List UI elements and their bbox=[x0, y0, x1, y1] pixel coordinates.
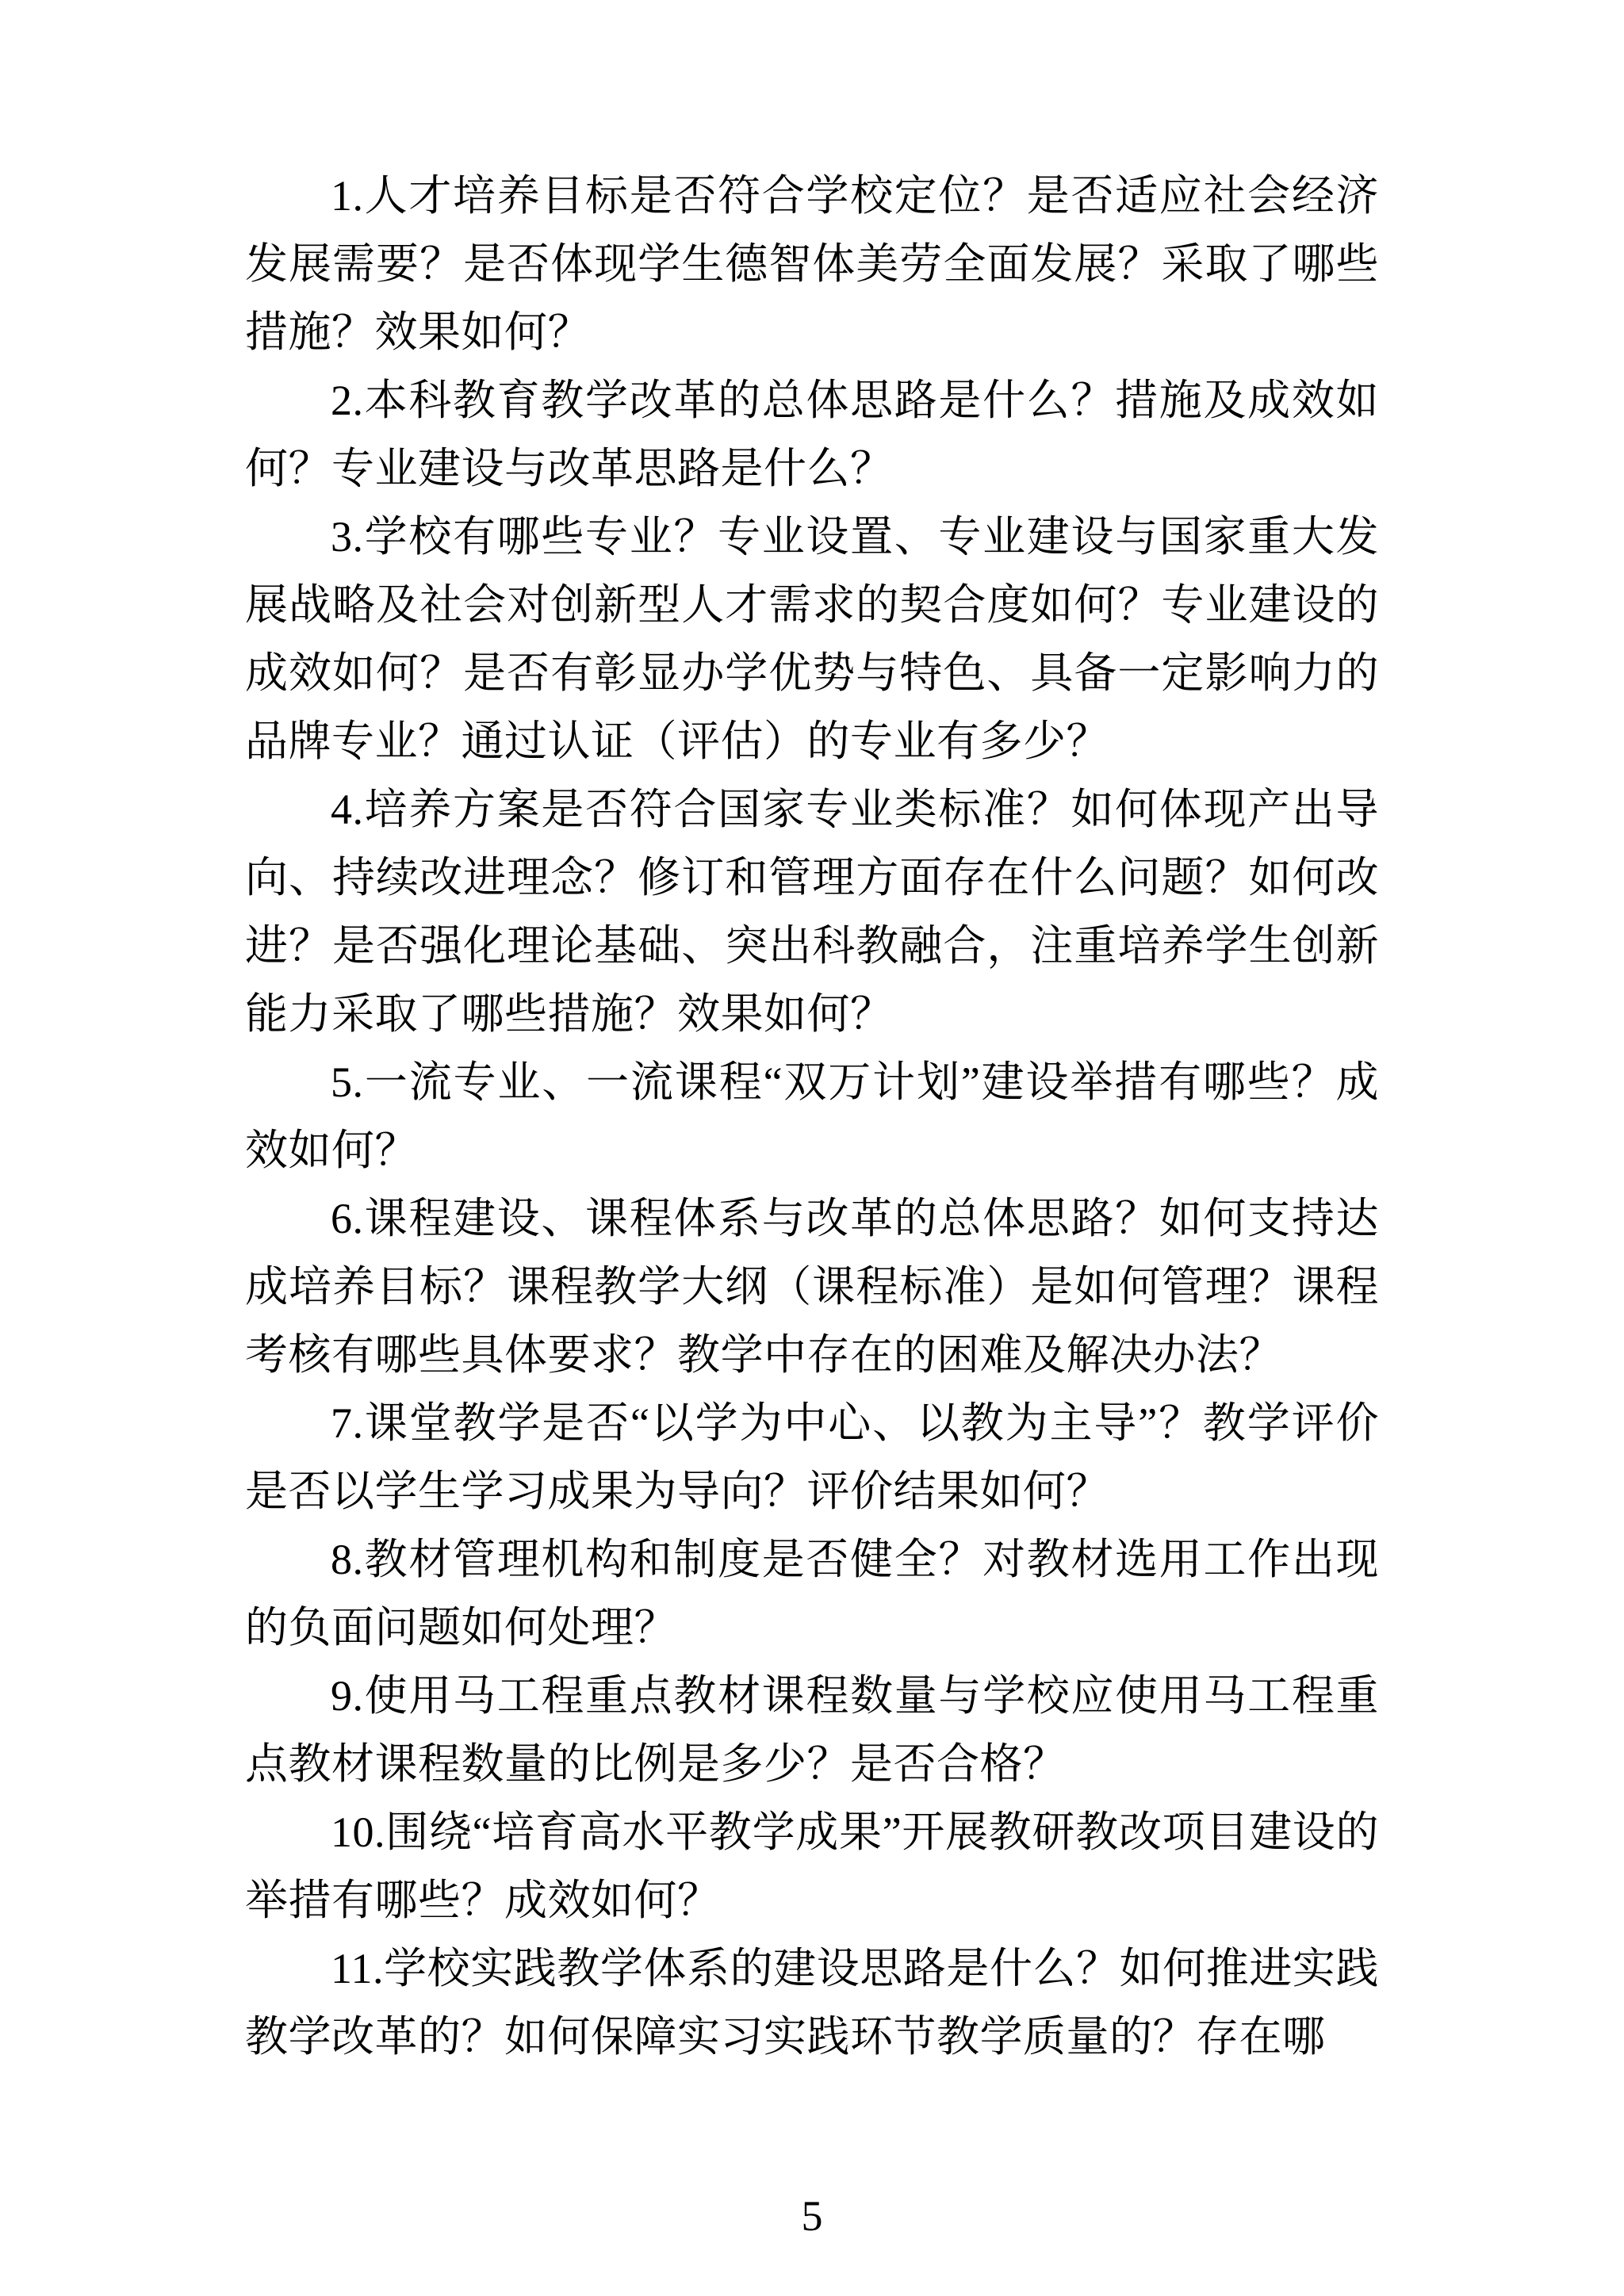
document-body: 1.人才培养目标是否符合学校定位？是否适应社会经济发展需要？是否体现学生德智体美… bbox=[245, 162, 1379, 2071]
page-number: 5 bbox=[0, 2182, 1624, 2250]
question-item-3: 3.学校有哪些专业？专业设置、专业建设与国家重大发展战略及社会对创新型人才需求的… bbox=[245, 503, 1379, 775]
question-item-4: 4.培养方案是否符合国家专业类标准？如何体现产出导向、持续改进理念？修订和管理方… bbox=[245, 775, 1379, 1048]
question-item-5: 5.一流专业、一流课程“双万计划”建设举措有哪些？成效如何？ bbox=[245, 1048, 1379, 1184]
question-item-2: 2.本科教育教学改革的总体思路是什么？措施及成效如何？专业建设与改革思路是什么？ bbox=[245, 366, 1379, 503]
question-item-10: 10.围绕“培育高水平教学成果”开展教研教改项目建设的举措有哪些？成效如何？ bbox=[245, 1798, 1379, 1934]
document-page: 1.人才培养目标是否符合学校定位？是否适应社会经济发展需要？是否体现学生德智体美… bbox=[0, 0, 1624, 2296]
question-item-7: 7.课堂教学是否“以学为中心、以教为主导”？教学评价是否以学生学习成果为导向？评… bbox=[245, 1389, 1379, 1525]
question-item-8: 8.教材管理机构和制度是否健全？对教材选用工作出现的负面问题如何处理？ bbox=[245, 1525, 1379, 1662]
question-item-11: 11.学校实践教学体系的建设思路是什么？如何推进实践教学改革的？如何保障实习实践… bbox=[245, 1934, 1379, 2071]
question-item-6: 6.课程建设、课程体系与改革的总体思路？如何支持达成培养目标？课程教学大纲（课程… bbox=[245, 1184, 1379, 1389]
question-item-1: 1.人才培养目标是否符合学校定位？是否适应社会经济发展需要？是否体现学生德智体美… bbox=[245, 162, 1379, 366]
question-item-9: 9.使用马工程重点教材课程数量与学校应使用马工程重点教材课程数量的比例是多少？是… bbox=[245, 1662, 1379, 1798]
